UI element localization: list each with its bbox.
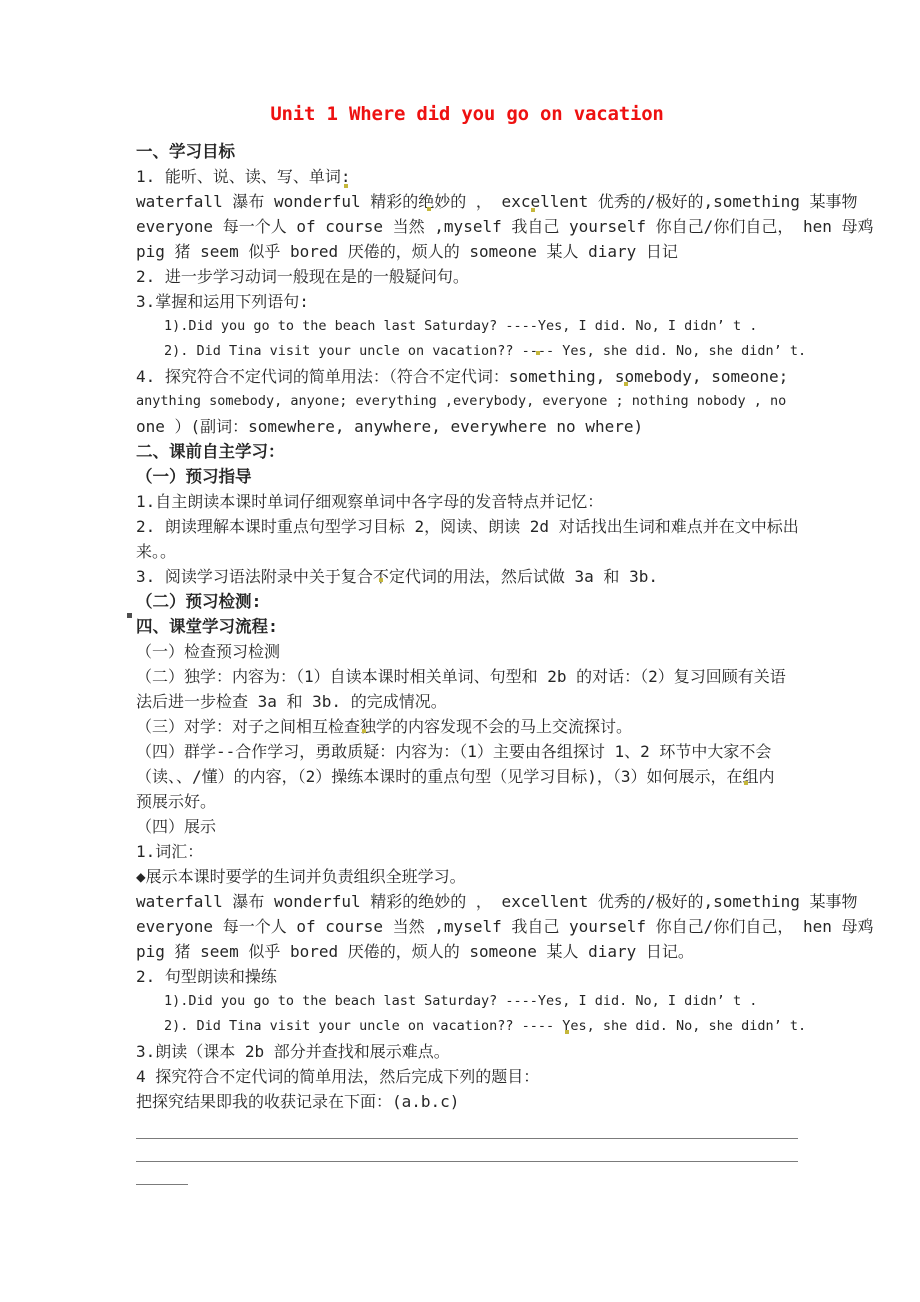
doc-line: 3.朗读（课本 2b 部分并查找和展示难点。 [136, 1039, 798, 1064]
section-heading-preview-guide: （一）预习指导 [136, 464, 798, 489]
doc-line-vocabulary: waterfall 瀑布 wonderful 精彩的绝妙的 ， excellen… [136, 189, 798, 214]
spellcheck-artifact [744, 781, 748, 785]
spellcheck-artifact [362, 729, 366, 733]
doc-line: 法后进一步检查 3a 和 3b. 的完成情况。 [136, 689, 798, 714]
spellcheck-artifact [536, 351, 540, 355]
document-body: 一、学习目标 1. 能听、说、读、写、单词: waterfall 瀑布 wond… [136, 139, 798, 1185]
doc-line: 1.自主朗读本课时单词仔细观察单词中各字母的发音特点并记忆： [136, 489, 798, 514]
document-title: Unit 1 Where did you go on vacation [136, 103, 798, 125]
doc-line: （四）展示 [136, 814, 798, 839]
doc-line: （二）独学：内容为：（1）自读本课时相关单词、句型和 2b 的对话：（2）复习回… [136, 664, 798, 689]
doc-line: （一）检查预习检测 [136, 639, 798, 664]
doc-line-vocabulary: pig 猪 seem 似乎 bored 厌倦的，烦人的 someone 某人 d… [136, 239, 798, 264]
spellcheck-artifact [565, 1030, 569, 1034]
spellcheck-artifact [344, 184, 348, 188]
doc-line: （读、、/懂）的内容，（2）操练本课时的重点句型（见学习目标)，（3）如何展示，… [136, 764, 798, 789]
section-heading-class-flow: 四、课堂学习流程: [136, 614, 798, 639]
answer-blank-line [136, 1162, 188, 1185]
spellcheck-artifact [531, 208, 535, 212]
doc-line: 2. 句型朗读和操练 [136, 964, 798, 989]
spellcheck-artifact [379, 578, 383, 582]
doc-line: 2. 朗读理解本课时重点句型学习目标 2，阅读、朗读 2d 对话找出生词和难点并… [136, 514, 798, 539]
document-page: Unit 1 Where did you go on vacation 一、学习… [0, 0, 920, 1302]
spellcheck-artifact [624, 382, 628, 386]
spellcheck-artifact [427, 207, 431, 211]
edit-mark-artifact [127, 613, 132, 618]
doc-line: 来。。 [136, 539, 798, 564]
doc-line: （四）群学--合作学习，勇敢质疑：内容为：（1）主要由各组探讨 1、2 环节中大… [136, 739, 798, 764]
doc-line: 4 探究符合不定代词的简单用法，然后完成下列的题目： [136, 1064, 798, 1089]
doc-line-vocabulary: everyone 每一个人 of course 当然 ,myself 我自己 y… [136, 914, 798, 939]
doc-line-example-sentence: 1).Did you go to the beach last Saturday… [136, 314, 798, 339]
answer-blank-line [136, 1139, 798, 1162]
section-heading-pre-class-study: 二、课前自主学习： [136, 439, 798, 464]
doc-line: 预展示好。 [136, 789, 798, 814]
doc-line: 3.掌握和运用下列语句: [136, 289, 798, 314]
doc-line: 2. 进一步学习动词一般现在是的一般疑问句。 [136, 264, 798, 289]
doc-line: one ）(副词：somewhere, anywhere, everywhere… [136, 414, 798, 439]
doc-line-example-sentence: 2). Did Tina visit your uncle on vacatio… [136, 339, 798, 364]
doc-line-vocabulary: waterfall 瀑布 wonderful 精彩的绝妙的 ， excellen… [136, 889, 798, 914]
doc-line-example-sentence: 2). Did Tina visit your uncle on vacatio… [136, 1014, 798, 1039]
doc-line: 把探究结果即我的收获记录在下面：(a.b.c) [136, 1089, 798, 1114]
section-heading-preview-check: （二）预习检测: [136, 589, 798, 614]
doc-line: 1.词汇： [136, 839, 798, 864]
doc-line: 1. 能听、说、读、写、单词: [136, 164, 798, 189]
doc-line: （三）对学：对子之间相互检查独学的内容发现不会的马上交流探讨。 [136, 714, 798, 739]
section-heading-learning-goals: 一、学习目标 [136, 139, 798, 164]
doc-line-vocabulary: pig 猪 seem 似乎 bored 厌倦的，烦人的 someone 某人 d… [136, 939, 798, 964]
answer-blank-line [136, 1116, 798, 1139]
answer-blanks [136, 1116, 798, 1185]
doc-line: 4. 探究符合不定代词的简单用法：（符合不定代词：something, some… [136, 364, 798, 389]
doc-line: 3. 阅读学习语法附录中关于复合不定代词的用法，然后试做 3a 和 3b. [136, 564, 798, 589]
doc-line: anything somebody, anyone; everything ,e… [136, 389, 798, 414]
doc-line-vocabulary: everyone 每一个人 of course 当然 ,myself 我自己 y… [136, 214, 798, 239]
doc-line-example-sentence: 1).Did you go to the beach last Saturday… [136, 989, 798, 1014]
doc-line-bullet: ◆展示本课时要学的生词并负责组织全班学习。 [136, 864, 798, 889]
